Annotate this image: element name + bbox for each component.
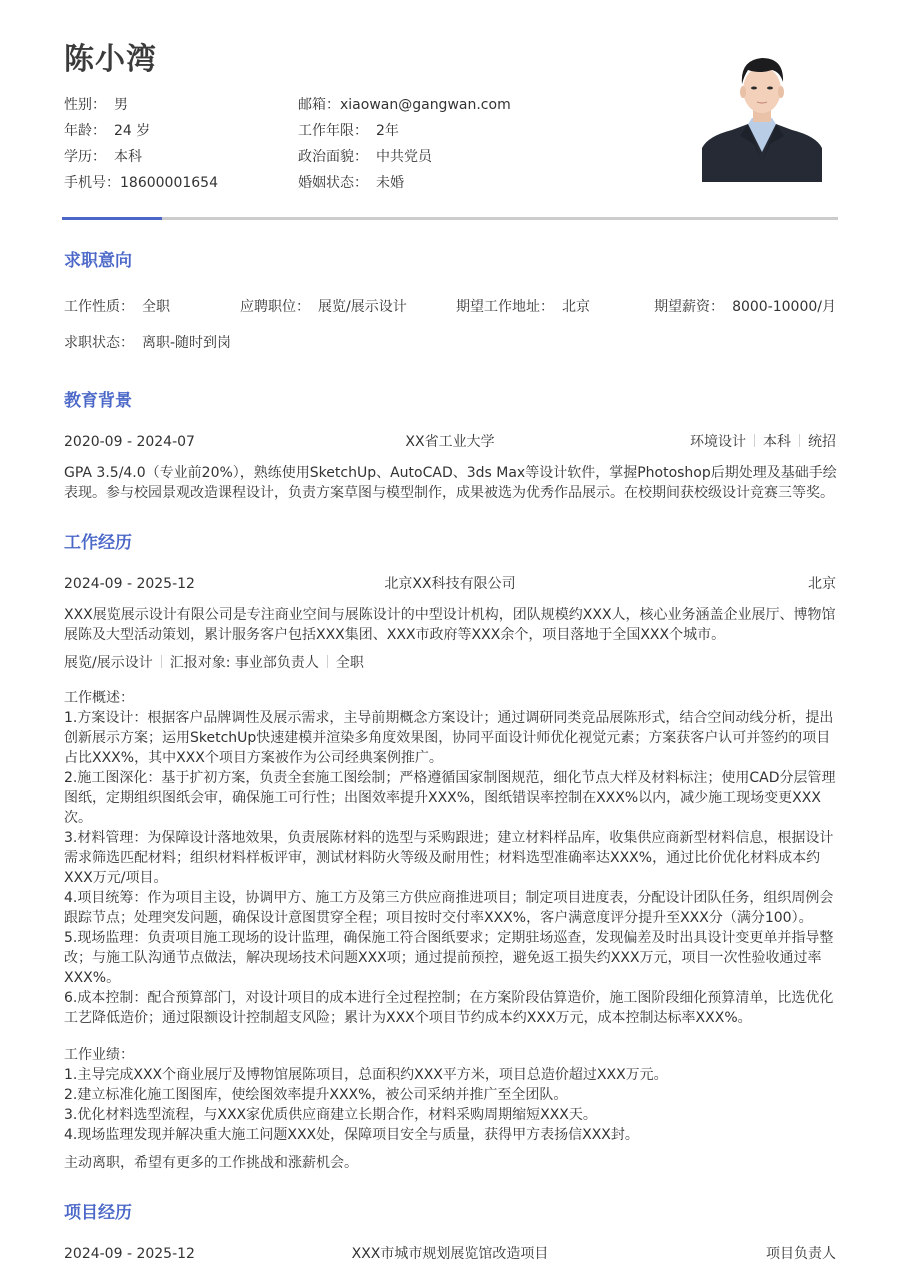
age-label: 年龄：: [64, 123, 106, 139]
marital-status-label: 婚姻状态：: [298, 175, 368, 191]
work-function: 展览/展示设计: [64, 655, 153, 671]
info-row: 学历：本科 政治面貌：中共党员: [64, 144, 664, 170]
intent-label: 期望薪资：: [654, 299, 724, 315]
work-achievements: 工作业绩： 1.主导完成XXX个商业展厅及博物馆展陈项目，总面积约XXX平方米，…: [64, 1045, 838, 1145]
intent-label: 期望工作地址：: [456, 299, 554, 315]
work-tags: 展览/展示设计汇报对象: 事业部负责人全职: [64, 652, 836, 674]
work-achievement-item: 2.建立标准化施工图图库，使绘图效率提升XXX%，被公司采纳并推广至全团队。: [64, 1085, 838, 1105]
intent-status: 求职状态：离职-随时到岗: [64, 332, 231, 354]
work-achievements-title: 工作业绩：: [64, 1045, 838, 1065]
work-years-field: 工作年限：2年: [298, 118, 399, 144]
intent-label: 工作性质：: [64, 299, 134, 315]
candidate-name: 陈小湾: [64, 38, 157, 82]
work-header: 北京XX科技有限公司 2024-09 - 2025-12 北京: [64, 573, 836, 595]
work-achievement-item: 1.主导完成XXX个商业展厅及博物馆展陈项目，总面积约XXX平方米，项目总造价超…: [64, 1065, 838, 1085]
work-type: 全职: [336, 655, 364, 671]
intent-value: 展览/展示设计: [318, 299, 407, 315]
work-overview-item: 6.成本控制：配合预算部门，对设计项目的成本进行全过程控制；在方案阶段估算造价，…: [64, 988, 838, 1028]
work-leave-reason: 主动离职，希望有更多的工作挑战和涨薪机会。: [64, 1153, 838, 1173]
resume-page: 陈小湾 性别：男 邮箱：xiaowan@gangwan.com 年龄：24 岁 …: [0, 0, 900, 1275]
intent-label: 求职状态：: [64, 335, 134, 351]
header-divider-accent: [62, 217, 162, 220]
basic-info: 性别：男 邮箱：xiaowan@gangwan.com 年龄：24 岁 工作年限…: [64, 92, 664, 196]
phone-value: 18600001654: [120, 175, 218, 191]
email-field: 邮箱：xiaowan@gangwan.com: [298, 92, 511, 118]
tag-separator: [799, 434, 800, 447]
education-description: GPA 3.5/4.0（专业前20%），熟练使用SketchUp、AutoCAD…: [64, 463, 838, 503]
intent-value: 北京: [562, 299, 590, 315]
gender-field: 性别：男: [64, 92, 128, 118]
work-years-value: 2年: [376, 123, 399, 139]
tag-separator: [754, 434, 755, 447]
phone-label: 手机号：: [64, 175, 120, 191]
education-header: XX省工业大学 2020-09 - 2024-07 环境设计本科统招: [64, 431, 836, 453]
work-overview-title: 工作概述：: [64, 688, 838, 708]
work-overview-item: 4.项目统筹：作为项目主设，协调甲方、施工方及第三方供应商推进项目；制定项目进度…: [64, 888, 838, 928]
work-overview: 工作概述： 1.方案设计：根据客户品牌调性及展示需求，主导前期概念方案设计；通过…: [64, 688, 838, 1028]
work-years-label: 工作年限：: [298, 123, 368, 139]
education-enrollment: 统招: [808, 434, 836, 450]
section-title-projects: 项目经历: [64, 1201, 132, 1225]
project-header: XXX市城市规划展览馆改造项目 2024-09 - 2025-12 项目负责人: [64, 1243, 836, 1265]
intent-label: 应聘职位：: [240, 299, 310, 315]
intent-value: 离职-随时到岗: [142, 335, 231, 351]
age-field: 年龄：24 岁: [64, 118, 150, 144]
gender-label: 性别：: [64, 97, 106, 113]
info-row: 手机号：18600001654 婚姻状态：未婚: [64, 170, 664, 196]
info-row: 年龄：24 岁 工作年限：2年: [64, 118, 664, 144]
marital-status-field: 婚姻状态：未婚: [298, 170, 404, 196]
work-achievement-item: 4.现场监理发现并解决重大施工问题XXX处，保障项目安全与质量，获得甲方表扬信X…: [64, 1125, 838, 1145]
political-status-label: 政治面貌：: [298, 149, 368, 165]
section-title-education: 教育背景: [64, 389, 132, 413]
work-overview-item: 1.方案设计：根据客户品牌调性及展示需求，主导前期概念方案设计；通过调研同类竞品…: [64, 708, 838, 768]
work-overview-item: 2.施工图深化：基于扩初方案，负责全套施工图绘制；严格遵循国家制图规范，细化节点…: [64, 768, 838, 828]
age-value: 24 岁: [114, 123, 150, 139]
section-title-work: 工作经历: [64, 531, 132, 555]
intent-row-1: 工作性质：全职 应聘职位：展览/展示设计 期望工作地址：北京 期望薪资：8000…: [64, 296, 836, 318]
education-tags: 环境设计本科统招: [690, 431, 836, 453]
tag-separator: [327, 655, 328, 668]
education-major: 环境设计: [690, 434, 746, 450]
education-level-label: 学历：: [64, 149, 106, 165]
marital-status-value: 未婚: [376, 175, 404, 191]
profile-photo: [702, 52, 822, 182]
intent-location: 期望工作地址：北京: [456, 296, 590, 318]
work-report-to: 汇报对象: 事业部负责人: [170, 655, 319, 671]
header-divider: [62, 217, 838, 220]
intent-position: 应聘职位：展览/展示设计: [240, 296, 407, 318]
tag-separator: [161, 655, 162, 668]
email-label: 邮箱：: [298, 97, 340, 113]
intent-job-type: 工作性质：全职: [64, 296, 170, 318]
email-value[interactable]: xiaowan@gangwan.com: [340, 97, 511, 113]
education-period: 2020-09 - 2024-07: [64, 431, 195, 453]
section-title-intent: 求职意向: [64, 249, 132, 273]
project-period: 2024-09 - 2025-12: [64, 1243, 195, 1265]
intent-value: 8000-10000/月: [732, 299, 836, 315]
work-tags-list: 展览/展示设计汇报对象: 事业部负责人全职: [64, 652, 364, 674]
intent-value: 全职: [142, 299, 170, 315]
project-role: 项目负责人: [766, 1243, 836, 1265]
education-level-value: 本科: [114, 149, 142, 165]
phone-field: 手机号：18600001654: [64, 170, 218, 196]
intent-row-2: 求职状态：离职-随时到岗: [64, 332, 836, 354]
work-company-intro: XXX展览展示设计有限公司是专注商业空间与展陈设计的中型设计机构，团队规模约XX…: [64, 605, 838, 645]
education-level-field: 学历：本科: [64, 144, 142, 170]
political-status-field: 政治面貌：中共党员: [298, 144, 432, 170]
work-overview-item: 5.现场监理：负责项目施工现场的设计监理，确保施工符合图纸要求；定期驻场巡查，发…: [64, 928, 838, 988]
gender-value: 男: [114, 97, 128, 113]
work-location: 北京: [808, 573, 836, 595]
work-overview-item: 3.材料管理：为保障设计落地效果，负责展陈材料的选型与采购跟进；建立材料样品库，…: [64, 828, 838, 888]
portrait-icon: [702, 52, 822, 182]
education-degree: 本科: [763, 434, 791, 450]
work-period: 2024-09 - 2025-12: [64, 573, 195, 595]
political-status-value: 中共党员: [376, 149, 432, 165]
info-row: 性别：男 邮箱：xiaowan@gangwan.com: [64, 92, 664, 118]
work-achievement-item: 3.优化材料选型流程，与XXX家优质供应商建立长期合作，材料采购周期缩短XXX天…: [64, 1105, 838, 1125]
intent-salary: 期望薪资：8000-10000/月: [654, 296, 836, 318]
